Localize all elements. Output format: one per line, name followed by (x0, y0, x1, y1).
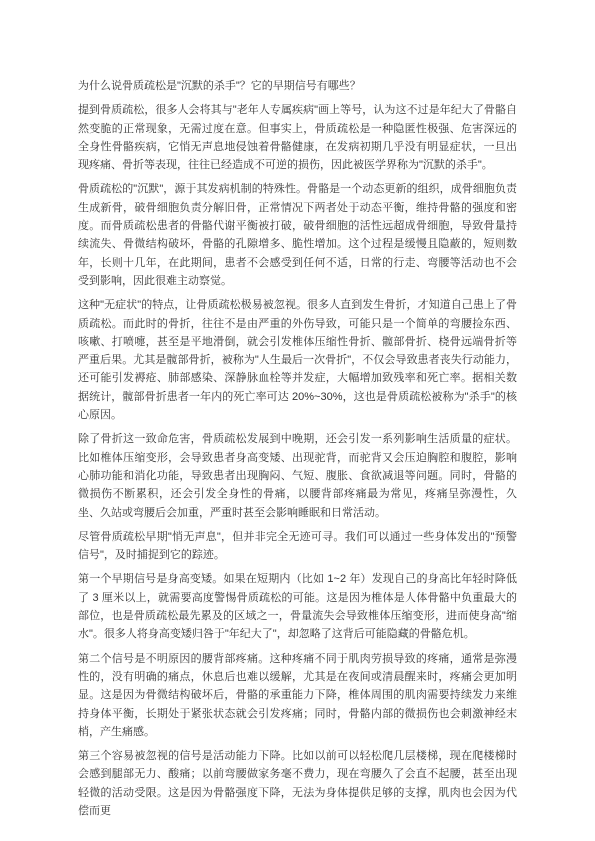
paragraph: 除了骨折这一致命危害，骨质疏松发展到中晚期，还会引发一系列影响生活质量的症状。比… (78, 430, 517, 521)
paragraph: 第一个早期信号是身高变矮。如果在短期内（比如 1~2 年）发现自己的身高比年轻时… (78, 570, 517, 643)
document-page: 为什么说骨质疏松是"沉默的杀手"？它的早期信号有哪些？ 提到骨质疏松，很多人会将… (0, 0, 595, 841)
paragraph: 第三个容易被忽视的信号是活动能力下降。比如以前可以轻松爬几层楼梯，现在爬楼梯时会… (78, 747, 517, 820)
paragraph: 骨质疏松的"沉默"，源于其发病机制的特殊性。骨骼是一个动态更新的组织，成骨细胞负… (78, 180, 517, 290)
paragraph: 这种"无症状"的特点，让骨质疏松极易被忽视。很多人直到发生骨折，才知道自己患上了… (78, 296, 517, 424)
document-title: 为什么说骨质疏松是"沉默的杀手"？它的早期信号有哪些？ (78, 77, 517, 95)
paragraph: 尽管骨质疏松早期"悄无声息"，但并非完全无迹可寻。我们可以通过一些身体发出的"预… (78, 528, 517, 565)
paragraph: 提到骨质疏松，很多人会将其与"老年人专属疾病"画上等号，认为这不过是年纪大了骨骼… (78, 101, 517, 174)
paragraph: 第二个信号是不明原因的腰背部疼痛。这种疼痛不同于肌肉劳损导致的疼痛，通常是弥漫性… (78, 650, 517, 741)
